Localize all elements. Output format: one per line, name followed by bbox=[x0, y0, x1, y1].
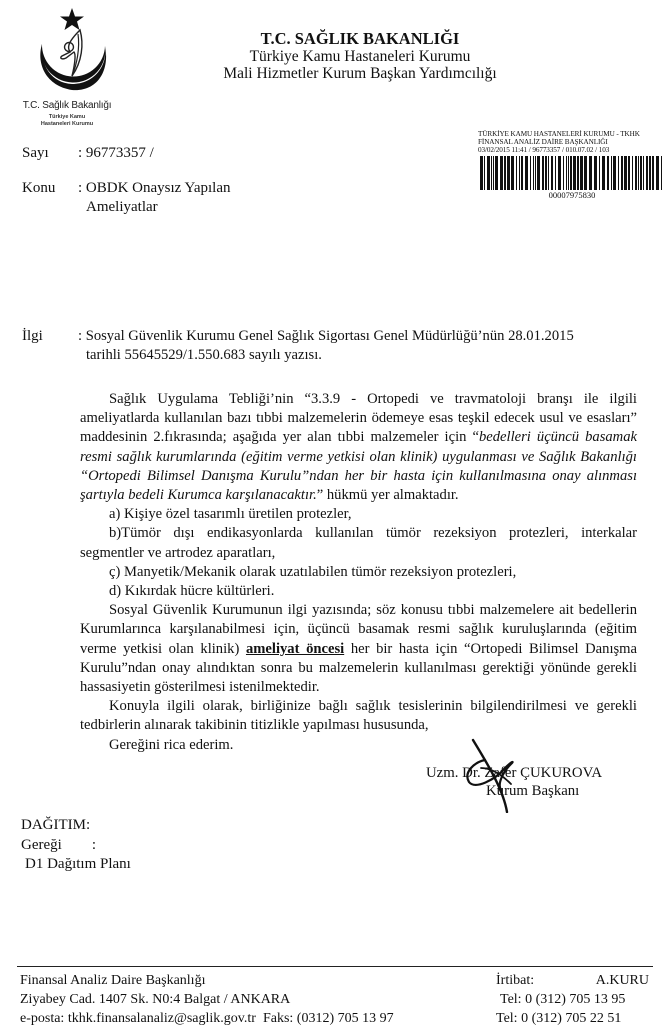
fax-number: Faks: (0312) 705 13 97 bbox=[263, 1011, 394, 1026]
logo-subtitle-2: Hastaneleri Kurumu bbox=[22, 121, 112, 127]
distribution-block: DAĞITIM: Gereği: D1 Dağıtım Planı bbox=[21, 816, 131, 875]
konu-label: Konu bbox=[22, 179, 55, 197]
distribution-item: D1 Dağıtım Planı bbox=[21, 855, 131, 875]
logo-subtitle-1: Türkiye Kamu bbox=[22, 114, 112, 120]
phone-1: Tel: 0 (312) 705 13 95 bbox=[496, 990, 649, 1009]
footer-department: Finansal Analiz Daire Başkanlığı bbox=[20, 971, 394, 990]
barcode-icon bbox=[478, 156, 666, 190]
ilgi-value-2: tarihli 55645529/1.550.683 sayılı yazısı… bbox=[86, 346, 322, 365]
footer-contact: İrtibat: A.KURU Tel: 0 (312) 705 13 95 T… bbox=[496, 971, 649, 1028]
footer-street-address: Ziyabey Cad. 1407 Sk. N0:4 Balgat / ANKA… bbox=[20, 990, 394, 1009]
stamp-line-2: FİNANSAL ANALİZ DAİRE BAŞKANLIĞI bbox=[478, 138, 671, 146]
stamp-line-1: TÜRKİYE KAMU HASTANELERİ KURUMU - TKHK bbox=[478, 130, 671, 138]
ministry-title: T.C. SAĞLIK BAKANLIĞI bbox=[180, 30, 540, 48]
emphasis-ameliyat-oncesi: ameliyat öncesi bbox=[246, 641, 344, 657]
ilgi-value-1: : Sosyal Güvenlik Kurumu Genel Sağlık Si… bbox=[78, 327, 574, 346]
konu-value-2: Ameliyatlar bbox=[86, 198, 158, 217]
logo-name: T.C. Sağlık Bakanlığı bbox=[22, 100, 112, 111]
konu-value-1: : OBDK Onaysız Yapılan bbox=[78, 179, 231, 198]
letter-body: Sağlık Uygulama Tebliği’nin “3.3.9 - Ort… bbox=[80, 390, 637, 755]
closing-line: Gereğini rica ederim. bbox=[80, 736, 637, 755]
registry-stamp: TÜRKİYE KAMU HASTANELERİ KURUMU - TKHK F… bbox=[478, 130, 671, 200]
ministry-logo: T.C. Sağlık Bakanlığı Türkiye Kamu Hasta… bbox=[22, 4, 112, 130]
list-item-d: d) Kıkırdak hücre kültürleri. bbox=[80, 582, 637, 601]
distribution-heading: DAĞITIM: bbox=[21, 816, 131, 836]
sayi-label: Sayı bbox=[22, 144, 49, 162]
list-item-b: b)Tümör dışı endikasyonlarda kullanılan … bbox=[80, 524, 637, 562]
sayi-value: : 96773357 / bbox=[78, 144, 154, 163]
distribution-geregi: Gereği: bbox=[21, 836, 131, 856]
footer-address: Finansal Analiz Daire Başkanlığı Ziyabey… bbox=[20, 971, 394, 1028]
paragraph-3: Konuyla ilgili olarak, birliğinize bağlı… bbox=[80, 697, 637, 735]
institution-name: Türkiye Kamu Hastaneleri Kurumu bbox=[180, 48, 540, 65]
signatory-title: Kurum Başkanı bbox=[486, 782, 579, 800]
ilgi-label: İlgi bbox=[22, 327, 43, 345]
footer-contact-line: e-posta: tkhk.finansalanaliz@saglik.gov.… bbox=[20, 1009, 394, 1028]
contact-name: A.KURU bbox=[596, 971, 649, 990]
phone-2: Tel: 0 (312) 705 22 51 bbox=[496, 1009, 649, 1028]
paragraph-2: Sosyal Güvenlik Kurumunun ilgi yazısında… bbox=[80, 601, 637, 697]
list-item-a: a) Kişiye özel tasarımlı üretilen protez… bbox=[80, 505, 637, 524]
signatory-name: Uzm. Dr. Zafer ÇUKUROVA bbox=[426, 764, 602, 782]
letterhead: T.C. SAĞLIK BAKANLIĞI Türkiye Kamu Hasta… bbox=[180, 30, 540, 82]
stamp-line-3: 03/02/2015 11:41 / 96773357 / 010.07.02 … bbox=[478, 146, 671, 154]
barcode-number: 00007975830 bbox=[478, 190, 666, 200]
department-name: Mali Hizmetler Kurum Başkan Yardımcılığı bbox=[180, 65, 540, 82]
email-link[interactable]: tkhk.finansalanaliz@saglik.gov.tr bbox=[68, 1011, 256, 1026]
list-item-c: ç) Manyetik/Mekanik olarak uzatılabilen … bbox=[80, 563, 637, 582]
contact-label: İrtibat: bbox=[496, 971, 534, 990]
footer-divider bbox=[17, 966, 653, 967]
paragraph-1: Sağlık Uygulama Tebliği’nin “3.3.9 - Ort… bbox=[80, 390, 637, 505]
crescent-star-figure-icon bbox=[22, 4, 112, 100]
